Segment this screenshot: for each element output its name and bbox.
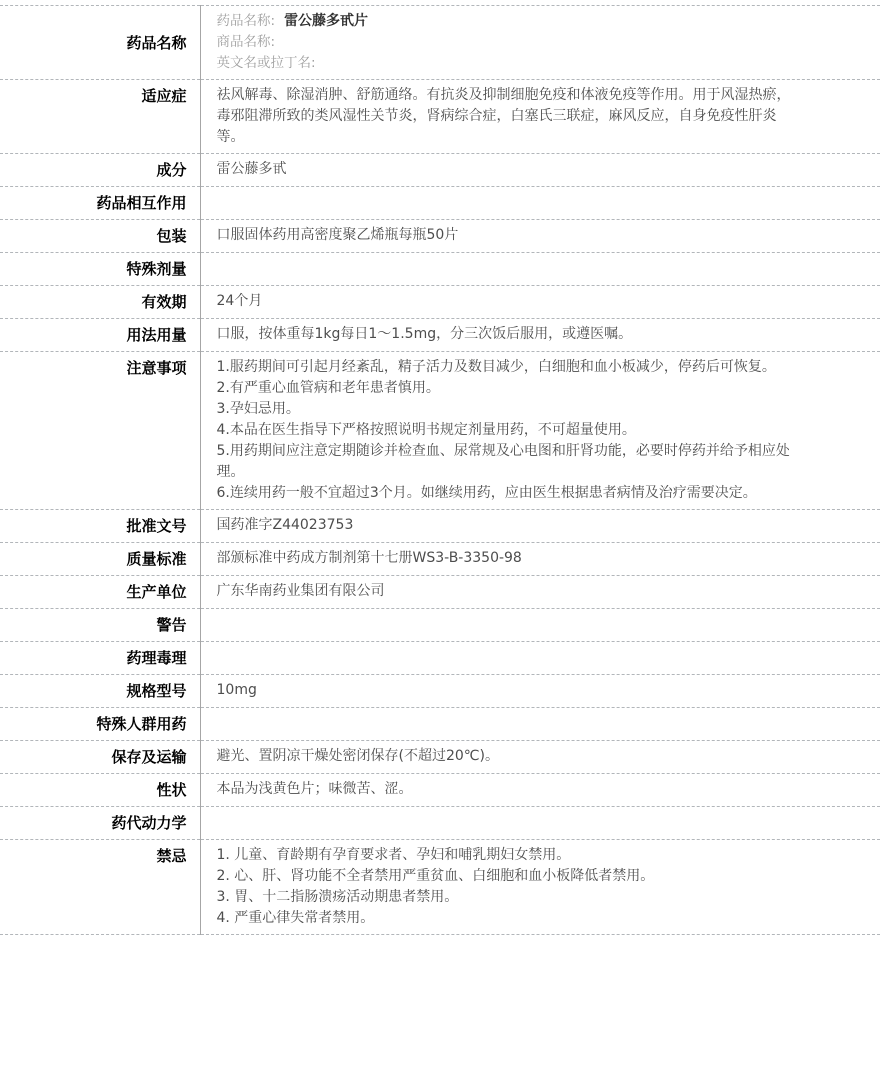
row-label: 用法用量 xyxy=(0,319,200,352)
row-label: 药理毒理 xyxy=(0,642,200,675)
list-item: 2.有严重心血管病和老年患者慎用。 xyxy=(217,378,803,399)
drug-info-table-body: 药品名称药品名称:雷公藤多甙片商品名称:英文名或拉丁名:适应症祛风解毒、除湿消肿… xyxy=(0,6,880,935)
row-label: 药代动力学 xyxy=(0,807,200,840)
table-row: 有效期24个月 xyxy=(0,286,880,319)
row-label: 规格型号 xyxy=(0,675,200,708)
table-row: 规格型号10mg xyxy=(0,675,880,708)
table-row: 性状本品为浅黄色片；味微苦、涩。 xyxy=(0,774,880,807)
row-content: 部颁标准中药成方制剂第十七册WS3-B-3350-98 xyxy=(200,543,880,576)
list-item: 1. 儿童、育龄期有孕育要求者、孕妇和哺乳期妇女禁用。 xyxy=(217,845,803,866)
row-content: 24个月 xyxy=(200,286,880,319)
row-label: 有效期 xyxy=(0,286,200,319)
row-content: 本品为浅黄色片；味微苦、涩。 xyxy=(200,774,880,807)
row-content: 雷公藤多甙 xyxy=(200,154,880,187)
field-line: 药品名称:雷公藤多甙片 xyxy=(217,11,803,32)
row-content: 口服固体药用高密度聚乙烯瓶每瓶50片 xyxy=(200,220,880,253)
row-label: 批准文号 xyxy=(0,510,200,543)
row-content: 口服，按体重每1kg每日1～1.5mg，分三次饭后服用，或遵医嘱。 xyxy=(200,319,880,352)
row-label: 药品相互作用 xyxy=(0,187,200,220)
field-prefix: 商品名称: xyxy=(217,34,276,50)
table-row: 生产单位广东华南药业集团有限公司 xyxy=(0,576,880,609)
row-label: 保存及运输 xyxy=(0,741,200,774)
row-content xyxy=(200,609,880,642)
row-content xyxy=(200,187,880,220)
drug-info-table: 药品名称药品名称:雷公藤多甙片商品名称:英文名或拉丁名:适应症祛风解毒、除湿消肿… xyxy=(0,5,880,935)
list-item: 4. 严重心律失常者禁用。 xyxy=(217,908,803,929)
row-content: 1. 儿童、育龄期有孕育要求者、孕妇和哺乳期妇女禁用。2. 心、肝、肾功能不全者… xyxy=(200,840,880,935)
table-row: 注意事项1.服药期间可引起月经紊乱，精子活力及数目减少，白细胞和血小板减少，停药… xyxy=(0,352,880,510)
table-row: 成分雷公藤多甙 xyxy=(0,154,880,187)
list-item: 4.本品在医生指导下严格按照说明书规定剂量用药，不可超量使用。 xyxy=(217,420,803,441)
row-label: 药品名称 xyxy=(0,6,200,80)
row-label: 性状 xyxy=(0,774,200,807)
table-row: 药品名称药品名称:雷公藤多甙片商品名称:英文名或拉丁名: xyxy=(0,6,880,80)
field-prefix: 英文名或拉丁名: xyxy=(217,55,316,71)
row-label: 包装 xyxy=(0,220,200,253)
table-row: 药代动力学 xyxy=(0,807,880,840)
drug-info-page: 药品名称药品名称:雷公藤多甙片商品名称:英文名或拉丁名:适应症祛风解毒、除湿消肿… xyxy=(0,0,880,1070)
row-label: 禁忌 xyxy=(0,840,200,935)
table-row: 保存及运输避光、置阴凉干燥处密闭保存(不超过20℃)。 xyxy=(0,741,880,774)
row-content xyxy=(200,642,880,675)
field-value: 雷公藤多甙片 xyxy=(284,13,368,29)
table-row: 禁忌1. 儿童、育龄期有孕育要求者、孕妇和哺乳期妇女禁用。2. 心、肝、肾功能不… xyxy=(0,840,880,935)
table-row: 质量标准部颁标准中药成方制剂第十七册WS3-B-3350-98 xyxy=(0,543,880,576)
row-content: 10mg xyxy=(200,675,880,708)
table-row: 特殊剂量 xyxy=(0,253,880,286)
row-content: 国药准字Z44023753 xyxy=(200,510,880,543)
row-label: 警告 xyxy=(0,609,200,642)
row-label: 注意事项 xyxy=(0,352,200,510)
row-content: 药品名称:雷公藤多甙片商品名称:英文名或拉丁名: xyxy=(200,6,880,80)
table-row: 用法用量口服，按体重每1kg每日1～1.5mg，分三次饭后服用，或遵医嘱。 xyxy=(0,319,880,352)
row-content: 广东华南药业集团有限公司 xyxy=(200,576,880,609)
row-content xyxy=(200,253,880,286)
row-content: 祛风解毒、除湿消肿、舒筋通络。有抗炎及抑制细胞免疫和体液免疫等作用。用于风湿热瘀… xyxy=(200,80,880,154)
row-label: 特殊人群用药 xyxy=(0,708,200,741)
table-row: 警告 xyxy=(0,609,880,642)
list-item: 2. 心、肝、肾功能不全者禁用严重贫血、白细胞和血小板降低者禁用。 xyxy=(217,866,803,887)
list-item: 1.服药期间可引起月经紊乱，精子活力及数目减少，白细胞和血小板减少，停药后可恢复… xyxy=(217,357,803,378)
table-row: 药品相互作用 xyxy=(0,187,880,220)
table-row: 批准文号国药准字Z44023753 xyxy=(0,510,880,543)
row-content: 避光、置阴凉干燥处密闭保存(不超过20℃)。 xyxy=(200,741,880,774)
row-label: 适应症 xyxy=(0,80,200,154)
list-item: 5.用药期间应注意定期随诊并检查血、尿常规及心电图和肝肾功能，必要时停药并给予相… xyxy=(217,441,803,483)
table-row: 特殊人群用药 xyxy=(0,708,880,741)
list-item: 3.孕妇忌用。 xyxy=(217,399,803,420)
field-line: 商品名称: xyxy=(217,32,803,53)
field-prefix: 药品名称: xyxy=(217,13,276,29)
table-row: 适应症祛风解毒、除湿消肿、舒筋通络。有抗炎及抑制细胞免疫和体液免疫等作用。用于风… xyxy=(0,80,880,154)
table-row: 包装口服固体药用高密度聚乙烯瓶每瓶50片 xyxy=(0,220,880,253)
row-label: 成分 xyxy=(0,154,200,187)
row-content xyxy=(200,708,880,741)
list-item: 6.连续用药一般不宜超过3个月。如继续用药，应由医生根据患者病情及治疗需要决定。 xyxy=(217,483,803,504)
row-content: 1.服药期间可引起月经紊乱，精子活力及数目减少，白细胞和血小板减少，停药后可恢复… xyxy=(200,352,880,510)
row-content xyxy=(200,807,880,840)
row-label: 质量标准 xyxy=(0,543,200,576)
list-item: 3. 胃、十二指肠溃疡活动期患者禁用。 xyxy=(217,887,803,908)
row-label: 特殊剂量 xyxy=(0,253,200,286)
row-label: 生产单位 xyxy=(0,576,200,609)
table-row: 药理毒理 xyxy=(0,642,880,675)
field-line: 英文名或拉丁名: xyxy=(217,53,803,74)
